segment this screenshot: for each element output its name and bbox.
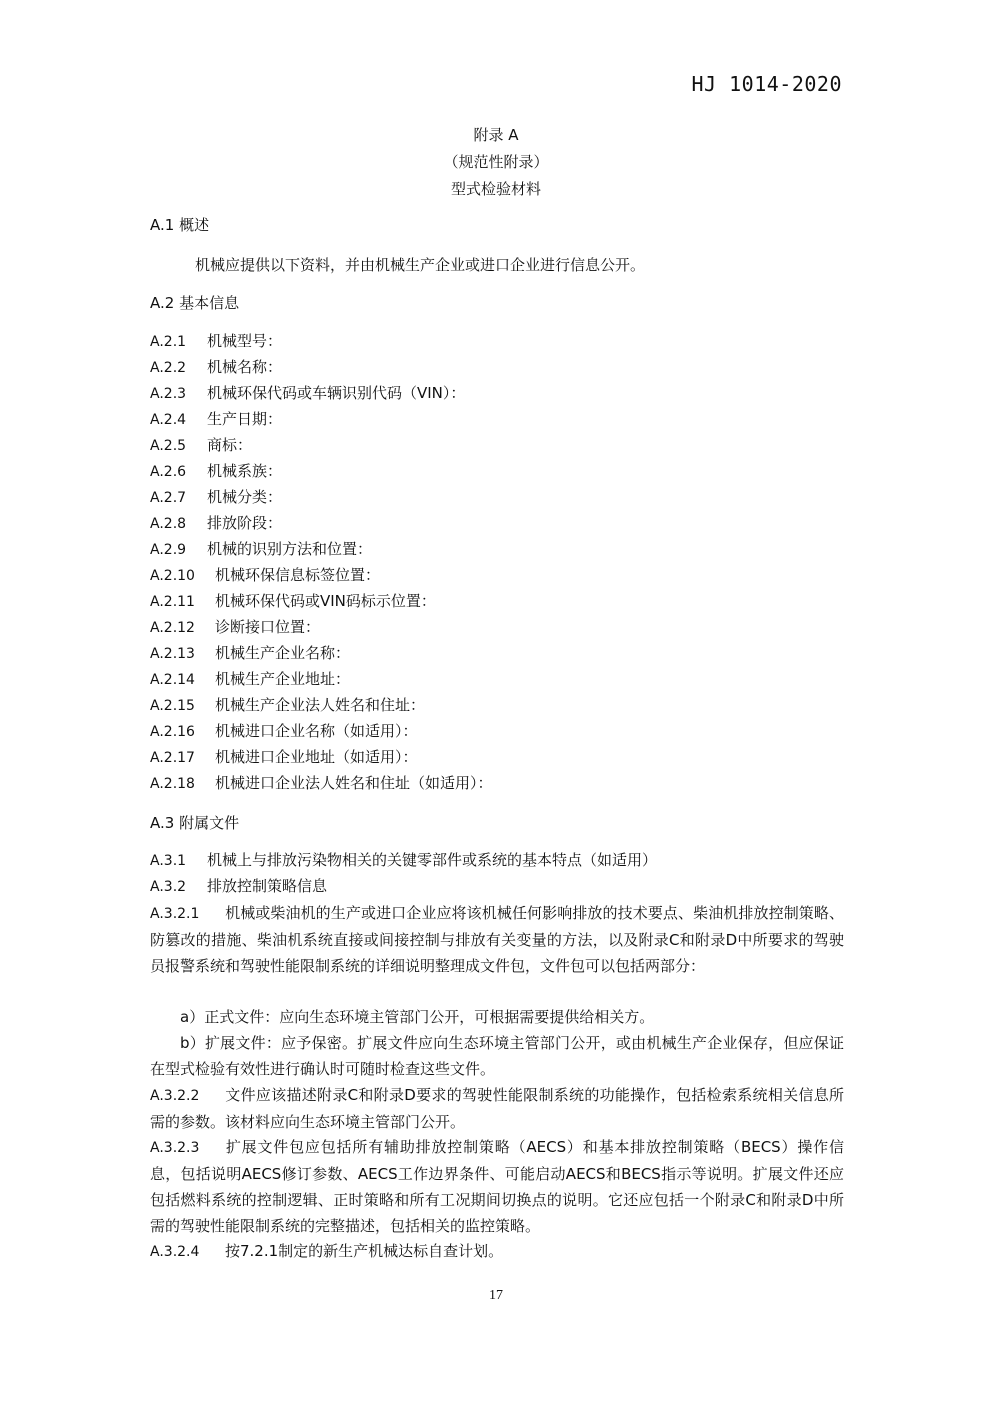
clause-text: 按7.2.1制定的新生产机械达标自查计划。 [225,1242,503,1260]
item-label: 机械环保代码或车辆识别代码（VIN）： [207,384,465,402]
clause-number: A.3.2 [150,874,207,900]
basic-info-list: A.2.1机械型号： A.2.2机械名称： A.2.3机械环保代码或车辆识别代码… [150,328,493,796]
clause-number: A.3.1 [150,848,207,874]
item-number: A.2.14 [150,667,215,693]
item-number: A.2.15 [150,693,215,719]
item-label: 机械环保信息标签位置： [215,566,380,584]
section-a1-heading: A.1 概述 [150,214,209,235]
clause-a31: A.3.1机械上与排放污染物相关的关键零部件或系统的基本特点（如适用） [150,847,657,873]
section-a3-heading: A.3 附属文件 [150,812,239,833]
section-a2-heading: A.2 基本信息 [150,292,239,313]
item-label: 机械的识别方法和位置： [207,540,372,558]
item-number: A.2.10 [150,563,215,589]
standard-code: HJ 1014-2020 [692,72,843,96]
clause-a321-item-b: b）扩展文件：应予保密。扩展文件应向生态环境主管部门公开，或由机械生产企业保存，… [150,1030,844,1082]
item-number: A.2.5 [150,433,207,459]
clause-a324: A.3.2.4按7.2.1制定的新生产机械达标自查计划。 [150,1238,844,1265]
list-item: A.2.4生产日期： [150,406,493,432]
list-item: A.2.15机械生产企业法人姓名和住址： [150,692,493,718]
list-item: A.2.7机械分类： [150,484,493,510]
item-label: 机械型号： [207,332,282,350]
item-number: A.2.18 [150,771,215,797]
item-number: A.2.3 [150,381,207,407]
page-number: 17 [0,1288,992,1304]
clause-number: A.3.2.3 [150,1135,225,1161]
item-number: A.2.13 [150,641,215,667]
appendix-title: 型式检验材料 [0,176,992,203]
item-number: A.2.11 [150,589,215,615]
list-item: A.2.9机械的识别方法和位置： [150,536,493,562]
list-item: A.2.14机械生产企业地址： [150,666,493,692]
item-number: A.2.6 [150,459,207,485]
list-item: A.2.2机械名称： [150,354,493,380]
item-label: 机械生产企业地址： [215,670,350,688]
item-number: A.2.16 [150,719,215,745]
item-number: A.2.4 [150,407,207,433]
item-number: A.2.12 [150,615,215,641]
list-item: A.2.5商标： [150,432,493,458]
item-label: 机械系族： [207,462,282,480]
item-number: A.2.8 [150,511,207,537]
clause-text: 机械或柴油机的生产或进口企业应将该机械任何影响排放的技术要点、柴油机排放控制策略… [150,904,844,975]
clause-a322: A.3.2.2文件应该描述附录C和附录D要求的驾驶性能限制系统的功能操作，包括检… [150,1082,844,1135]
item-number: A.2.2 [150,355,207,381]
item-label: 生产日期： [207,410,282,428]
clause-a323: A.3.2.3扩展文件包应包括所有辅助排放控制策略（AECS）和基本排放控制策略… [150,1134,844,1239]
item-number: A.2.17 [150,745,215,771]
section-a1-text: 机械应提供以下资料，并由机械生产企业或进口企业进行信息公开。 [195,254,645,275]
item-label: 机械进口企业地址（如适用）： [215,748,418,766]
item-label: 商标： [207,436,252,454]
item-label: 机械进口企业名称（如适用）： [215,722,418,740]
appendix-type: （规范性附录） [0,149,992,176]
appendix-title-block: 附录 A （规范性附录） 型式检验材料 [0,122,992,203]
clause-a32: A.3.2排放控制策略信息 [150,873,327,899]
item-label: 机械分类： [207,488,282,506]
list-item: A.2.10机械环保信息标签位置： [150,562,493,588]
clause-number: A.3.2.4 [150,1239,225,1265]
list-item: A.2.6机械系族： [150,458,493,484]
clause-text: 机械上与排放污染物相关的关键零部件或系统的基本特点（如适用） [207,851,657,869]
list-item: A.2.8排放阶段： [150,510,493,536]
list-item: A.2.18机械进口企业法人姓名和住址（如适用）： [150,770,493,796]
list-item: A.2.12诊断接口位置： [150,614,493,640]
clause-number: A.3.2.1 [150,901,225,927]
item-number: A.2.7 [150,485,207,511]
clause-a321: A.3.2.1机械或柴油机的生产或进口企业应将该机械任何影响排放的技术要点、柴油… [150,900,844,979]
item-number: A.2.9 [150,537,207,563]
clause-number: A.3.2.2 [150,1083,225,1109]
item-label: 机械生产企业名称： [215,644,350,662]
document-page: HJ 1014-2020 附录 A （规范性附录） 型式检验材料 A.1 概述 … [0,0,992,1403]
item-label: 机械名称： [207,358,282,376]
item-label: 排放阶段： [207,514,282,532]
clause-text: 文件应该描述附录C和附录D要求的驾驶性能限制系统的功能操作，包括检索系统相关信息… [150,1086,844,1131]
list-item: A.2.1机械型号： [150,328,493,354]
item-label: 诊断接口位置： [215,618,320,636]
list-item: A.2.17机械进口企业地址（如适用）： [150,744,493,770]
clause-text: 扩展文件包应包括所有辅助排放控制策略（AECS）和基本排放控制策略（BECS）操… [150,1138,844,1235]
appendix-label: 附录 A [0,122,992,149]
item-label: 机械进口企业法人姓名和住址（如适用）： [215,774,493,792]
item-number: A.2.1 [150,329,207,355]
list-item: A.2.11机械环保代码或VIN码标示位置： [150,588,493,614]
item-label: 机械环保代码或VIN码标示位置： [215,592,436,610]
item-label: 机械生产企业法人姓名和住址： [215,696,425,714]
list-item: A.2.3机械环保代码或车辆识别代码（VIN）： [150,380,493,406]
clause-a321-item-a: a）正式文件：应向生态环境主管部门公开，可根据需要提供给相关方。 [150,1004,844,1030]
list-item: A.2.16机械进口企业名称（如适用）： [150,718,493,744]
list-item: A.2.13机械生产企业名称： [150,640,493,666]
clause-text: 排放控制策略信息 [207,877,327,895]
